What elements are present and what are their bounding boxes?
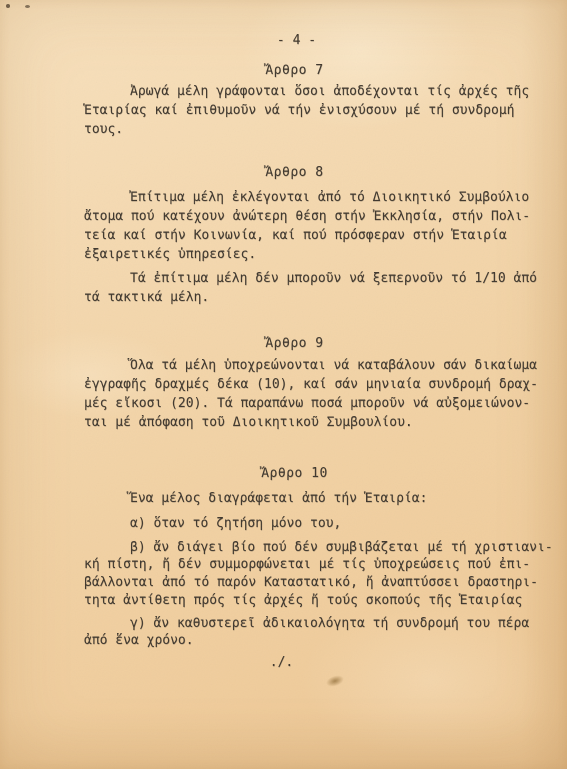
- text-line: Ἑταιρίας καί ἐπιθυμοῦν νά τήν ἐνισχύσουν…: [84, 103, 514, 118]
- text-line: γ) ἄν καθυστερεῖ ἀδικαιολόγητα τή συνδρο…: [130, 616, 529, 631]
- text-line: ἄτομα πού κατέχουν ἀνώτερη θέση στήν Ἐκκ…: [84, 209, 530, 224]
- scanned-page: - 4 - Ἄρθρο 7 Ἀρωγά μέλη γράφονται ὅσοι …: [0, 0, 567, 769]
- text-line: α) ὅταν τό ζητήση μόνο του,: [130, 516, 341, 531]
- text-line: μές εἴκοσι (20). Τά παραπάνω ποσά μποροῦ…: [84, 396, 530, 411]
- text-line: Τά ἐπίτιμα μέλη δέν μποροῦν νά ξεπερνοῦν…: [130, 271, 537, 286]
- continuation-mark: ./.: [0, 655, 565, 670]
- text-line: Ἕνα μέλος διαγράφεται ἀπό τήν Ἑταιρία:: [130, 491, 427, 506]
- text-line: ἐγγραφῆς δραχμές δέκα (10), καί σάν μηνι…: [84, 377, 538, 392]
- article-heading: Ἄρθρο 10: [11, 466, 567, 481]
- page-number: - 4 -: [13, 33, 567, 48]
- text-line: τους.: [84, 122, 123, 137]
- article-heading: Ἄρθρο 7: [11, 63, 567, 78]
- text-line: τεία καί στήν Κοινωνία, καί πού πρόσφερα…: [84, 228, 507, 243]
- paper-stain: [325, 673, 345, 688]
- text-line: ται μέ ἀπόφαση τοῦ Διοικητικοῦ Συμβουλίο…: [84, 415, 413, 430]
- text-line: κή πίστη, ἤ δέν συμμορφώνεται μέ τίς ὑπο…: [84, 557, 530, 572]
- article-heading: Ἄρθρο 9: [11, 336, 567, 351]
- text-line: τητα ἀντίθετη πρός τίς ἀρχές ἤ τούς σκοπ…: [84, 593, 522, 608]
- paper-edge-shading: [0, 709, 567, 769]
- text-line: τά τακτικά μέλη.: [84, 290, 209, 305]
- text-line: βάλλονται ἀπό τό παρόν Καταστατικό, ἤ ἀν…: [84, 575, 538, 590]
- text-line: Ἐπίτιμα μέλη ἐκλέγονται ἀπό τό Διοικητικ…: [130, 190, 529, 205]
- text-line: Ἀρωγά μέλη γράφονται ὅσοι ἀποδέχονται τί…: [130, 84, 529, 99]
- ink-speck: [25, 5, 30, 8]
- ink-speck: [6, 4, 10, 8]
- text-line: Ὅλα τά μέλη ὑποχρεώνονται νά καταβάλουν …: [130, 358, 537, 373]
- article-heading: Ἄρθρο 8: [11, 165, 567, 180]
- text-line: ἐξαιρετικές ὑπηρεσίες.: [84, 247, 256, 262]
- text-line: ἀπό ἕνα χρόνο.: [84, 633, 194, 648]
- text-line: β) ἄν διάγει βίο πού δέν συμβιβάζεται μέ…: [130, 540, 553, 555]
